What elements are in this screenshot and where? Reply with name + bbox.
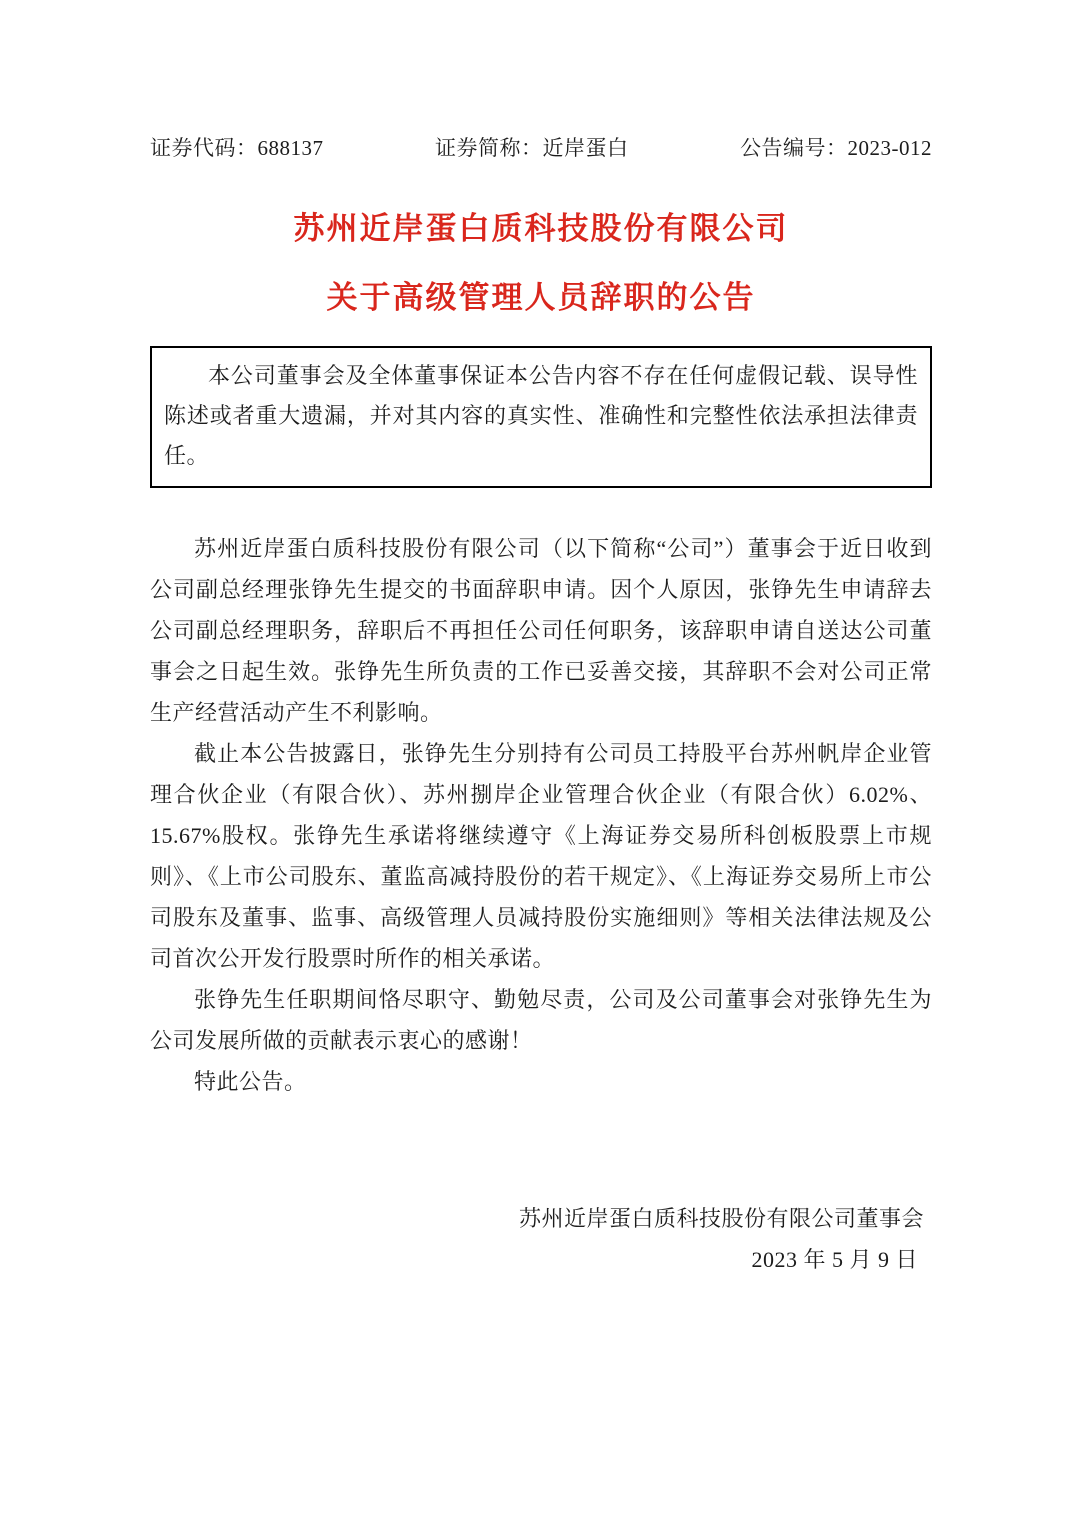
disclaimer-text: 本公司董事会及全体董事保证本公告内容不存在任何虚假记载、误导性陈述或者重大遗漏，… (164, 363, 918, 468)
announcement-body: 苏州近岸蛋白质科技股份有限公司（以下简称“公司”）董事会于近日收到公司副总经理张… (150, 528, 932, 1102)
paragraph-resignation-notice: 苏州近岸蛋白质科技股份有限公司（以下简称“公司”）董事会于近日收到公司副总经理张… (150, 528, 932, 733)
document-header-row: 证券代码：688137 证券简称：近岸蛋白 公告编号：2023-012 (150, 0, 932, 162)
title-block: 苏州近岸蛋白质科技股份有限公司 关于高级管理人员辞职的公告 (150, 210, 932, 316)
announcement-document-page: 证券代码：688137 证券简称：近岸蛋白 公告编号：2023-012 苏州近岸… (0, 0, 1080, 1527)
paragraph-closing: 特此公告。 (150, 1061, 932, 1102)
announcement-number: 公告编号：2023-012 (740, 132, 932, 162)
signature-block: 苏州近岸蛋白质科技股份有限公司董事会 2023 年 5 月 9 日 (150, 1198, 932, 1280)
stock-code: 证券代码：688137 (150, 132, 324, 162)
stock-short-name: 证券简称：近岸蛋白 (435, 132, 629, 162)
signature-date: 2023 年 5 月 9 日 (150, 1239, 932, 1280)
document-content: 证券代码：688137 证券简称：近岸蛋白 公告编号：2023-012 苏州近岸… (0, 0, 1080, 1280)
company-name-title: 苏州近岸蛋白质科技股份有限公司 (150, 210, 932, 247)
announcement-subject-title: 关于高级管理人员辞职的公告 (150, 279, 932, 316)
paragraph-gratitude: 张铮先生任职期间恪尽职守、勤勉尽责，公司及公司董事会对张铮先生为公司发展所做的贡… (150, 979, 932, 1061)
signature-company: 苏州近岸蛋白质科技股份有限公司董事会 (150, 1198, 932, 1239)
board-disclaimer-box: 本公司董事会及全体董事保证本公告内容不存在任何虚假记载、误导性陈述或者重大遗漏，… (150, 346, 932, 488)
paragraph-shareholding-commitments: 截止本公告披露日，张铮先生分别持有公司员工持股平台苏州帆岸企业管理合伙企业（有限… (150, 733, 932, 979)
